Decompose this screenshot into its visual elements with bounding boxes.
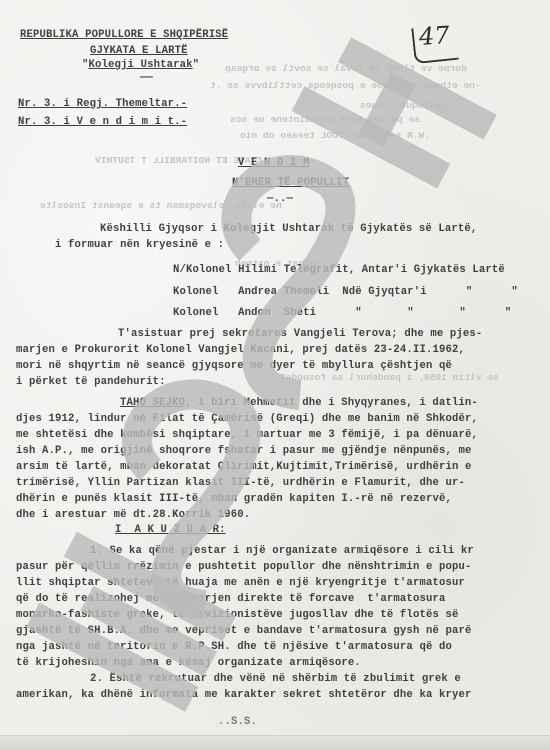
assisted-line-2: marjen e Prokurorit Kolonel Vangjel Kaca… xyxy=(16,344,465,356)
accused-heading: I A K U Z U A R: xyxy=(115,524,226,536)
intro-line-2: i formuar nën kryesinë e : xyxy=(55,239,224,251)
bleed-through-text: se vltin 1958, i pandehurl sa fosuodeT xyxy=(280,372,499,383)
panel-member-3: Kolonel Andon Sheti " " " " xyxy=(173,307,511,319)
charge-1-line-6: gjashtë të SH.B.A. dhe me vepriset e ban… xyxy=(16,625,472,637)
intro-line-1: Këshilli Gjyqsor i Kolegjit Ushtarak të … xyxy=(100,223,477,235)
charge-2-line-1: 2. Është rekrutuar dhe vënë në shërbim t… xyxy=(90,673,461,685)
defendant-details: , i biri Mehmetit dhe i Shyqyranes, i da… xyxy=(185,397,478,409)
member-name: Hilimi Telegrafit, xyxy=(238,264,355,276)
charge-1-line-4: që do të realizohej me pjesmarjen direkt… xyxy=(16,593,445,605)
assisted-line-4: i përket të pandehurit: xyxy=(16,376,166,388)
defendant-line-1: TAHO SEJKO, i biri Mehmetit dhe i Shyqyr… xyxy=(120,397,478,409)
charge-1-line-1: 1. Se ka qënë pjestar i një organizate a… xyxy=(90,545,474,557)
page-number: 47 xyxy=(418,21,450,51)
defendant-line-2: djes 1912, lindur në Filat të Çamërisë (… xyxy=(16,413,478,425)
defendant-line-5: arsim të lartë, mban dekoratat Çlirimit,… xyxy=(16,461,472,473)
member-rank: Kolonel xyxy=(173,286,219,298)
charge-1-line-7: nga jashtë në teritorin e R.P.SH. dhe të… xyxy=(16,641,452,653)
document-page: dorpe ve tlrep se toval se sovtl se orqe… xyxy=(0,0,550,750)
decision-subtitle: N'EMER TË POPULLIT xyxy=(232,177,349,189)
defendant-line-8: dhe i arestuar më dt.28.Korrik 1960. xyxy=(16,509,250,521)
bleed-through-text: .W.R se se sol TOOL teeaeo ob nio xyxy=(240,130,430,141)
member-role: Ndë Gjyqtar'i " " xyxy=(342,286,518,298)
bleed-through-text: ne elllo, elsvoqsmsn ts e sqeanst Insosl… xyxy=(40,200,282,211)
page-bottom-edge xyxy=(0,735,550,750)
charge-1-line-8: të krijoheshin nga ana e kësaj organizat… xyxy=(16,657,361,669)
assisted-line-1: T'asistuar prej sekretares Vangjeli Tero… xyxy=(118,328,482,340)
title-separator: —..— xyxy=(267,193,293,205)
bleed-through-text: se pottes evse pesadintene ue sos xyxy=(230,114,420,125)
bleed-through-text: dorpe ve tlrep se toval se sovtl se orqe… xyxy=(225,63,467,74)
register-number: Nr. 3. i Regj. Themeltar.- xyxy=(18,98,187,110)
bleed-through-text: ETATE ET NOITARBILL T TSUTHIV xyxy=(95,155,262,166)
header-republic: REPUBLIKA POPULLORE E SHQIPËRISË xyxy=(20,29,228,41)
member-role: " " " " xyxy=(355,307,511,319)
defendant-line-6: trimërisë, Yllin Partizan klasit III-të,… xyxy=(16,477,465,489)
college-name: Kolegji Ushtarak xyxy=(89,59,193,71)
defendant-line-7: dhërin e punës klasit III-të, mban gradë… xyxy=(16,493,452,505)
bleed-through-text: selloque: ,sues xyxy=(360,100,446,111)
bleed-through-text: -ne ethovi eloiquoe e posqeoqa cettlibvv… xyxy=(210,80,481,91)
footer-mark: ..S.S. xyxy=(218,716,257,728)
charge-1-line-3: llit shqiptar shteteve të huaja me anën … xyxy=(16,577,465,589)
header-dash: —— xyxy=(140,72,153,84)
header-college: "Kolegji Ushtarak" xyxy=(82,59,199,71)
panel-member-2: Kolonel Andrea Themeli Ndë Gjyqtar'i " " xyxy=(173,286,518,298)
member-rank: Kolonel xyxy=(173,307,219,319)
charge-1-line-5: monarko-fashiste greke, të revizionistëv… xyxy=(16,609,459,621)
defendant-name: TAHO SEJKO xyxy=(120,397,185,409)
charge-1-line-2: pasur për qëllim rrëzimin e pushtetit po… xyxy=(16,561,472,573)
member-name: Andon Sheti xyxy=(238,307,316,319)
defendant-line-3: me shtetësi dhe kombësi shqiptare, i mar… xyxy=(16,429,478,441)
member-rank: N/Kolonel xyxy=(173,264,232,276)
member-role: Antar'i Gjykatës Lartë xyxy=(362,264,505,276)
header-court: GJYKATA E LARTË xyxy=(90,45,188,57)
defendant-line-4: ish A.P., me origjinë shoqrore fshatar i… xyxy=(16,445,472,457)
watermark-letter-h xyxy=(292,29,497,197)
panel-member-1: N/Kolonel Hilimi Telegrafit, Antar'i Gjy… xyxy=(173,264,505,276)
member-name: Andrea Themeli xyxy=(238,286,329,298)
charge-2-line-2: amerikan, ka dhënë informata me karakter… xyxy=(16,689,472,701)
assisted-line-3: mori në shqyrtim në seancë gjyqsore me d… xyxy=(16,360,452,372)
decision-title: V E N D I M xyxy=(238,157,310,169)
decision-number: Nr. 3. i V e n d i m i t.- xyxy=(18,116,187,128)
